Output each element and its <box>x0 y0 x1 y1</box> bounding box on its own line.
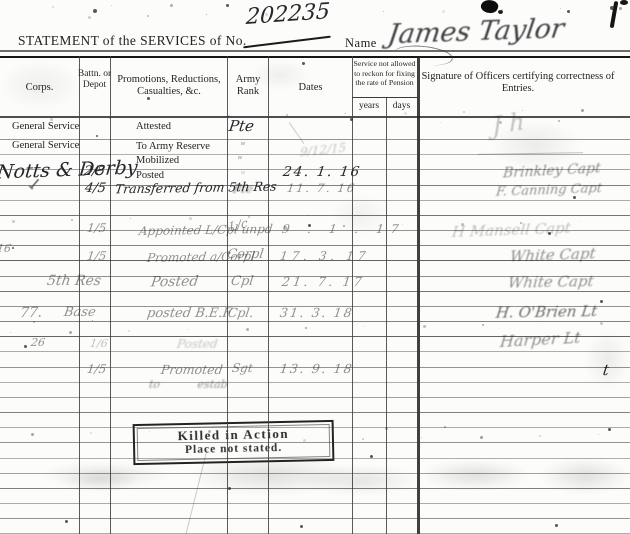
paper-speckle <box>579 221 580 222</box>
cell-10-promotions_cont: to estab <box>148 378 229 391</box>
paper-speckle <box>24 345 27 348</box>
paper-speckle <box>29 17 30 18</box>
paper-speckle <box>187 329 188 330</box>
paper-speckle <box>383 11 384 12</box>
paper-speckle <box>168 116 169 117</box>
paper-speckle <box>617 119 618 120</box>
paper-speckle <box>92 320 93 321</box>
paper-speckle <box>286 114 288 116</box>
cell-3-promotions: Posted <box>136 170 164 181</box>
cell-1-date: 9/12/15 <box>300 141 347 160</box>
row-rule-horizontal <box>0 427 630 428</box>
paper-smudge <box>300 465 420 495</box>
cell-0-rank: Pte <box>228 117 256 135</box>
paper-speckle <box>555 524 558 527</box>
cell-4-battn: 4/5 <box>84 181 107 196</box>
paper-speckle <box>345 113 346 114</box>
corner-pen-blob <box>620 0 628 5</box>
paper-speckle <box>69 331 72 334</box>
paper-speckle <box>307 215 308 216</box>
paper-speckle <box>598 434 599 435</box>
cell-8-date: 31. 3. 18 <box>279 305 355 320</box>
paper-speckle <box>206 14 207 15</box>
paper-speckle <box>166 228 168 230</box>
paper-speckle <box>227 115 230 118</box>
paper-speckle <box>370 455 373 458</box>
row-rule-horizontal <box>0 215 630 216</box>
paper-speckle <box>248 216 250 218</box>
cell-3-date: 24. 1. 16 <box>282 164 362 180</box>
paper-speckle <box>364 326 365 327</box>
paper-smudge <box>585 330 630 390</box>
cell-7-promotions: Posted <box>150 274 199 291</box>
paper-speckle <box>600 300 603 303</box>
paper-speckle <box>228 487 231 490</box>
col-header-promotions: Promotions, Reductions, Casualties, &c. <box>112 74 226 99</box>
paper-speckle <box>10 332 11 333</box>
paper-speckle <box>111 5 112 6</box>
paper-speckle <box>577 333 579 335</box>
paper-speckle <box>362 438 364 440</box>
cell-6-signature: White Capt <box>509 244 596 265</box>
cell-7-rank: Cpl <box>230 274 255 289</box>
paper-speckle <box>558 120 560 122</box>
paper-speckle <box>284 226 287 229</box>
paper-speckle <box>52 6 54 8</box>
paper-speckle <box>50 118 53 121</box>
title-rule-thick <box>0 56 630 59</box>
paper-speckle <box>404 112 407 115</box>
paper-speckle <box>308 224 311 227</box>
paper-speckle <box>619 7 622 10</box>
paper-speckle <box>608 428 611 431</box>
cell-2-promotions: Mobilized <box>136 155 179 166</box>
paper-speckle <box>326 428 327 429</box>
cell-5-battn: 1/5 <box>86 221 107 235</box>
paper-speckle <box>71 219 73 221</box>
paper-speckle <box>402 224 403 225</box>
cell-7-signature: White Capt <box>507 272 595 292</box>
col-header-years: years <box>352 101 386 112</box>
row-rule-horizontal <box>0 397 630 398</box>
ink-blot <box>480 0 500 15</box>
cell-6-battn: 1/5 <box>86 249 107 263</box>
paper-speckle <box>147 15 149 17</box>
cell-1-promotions: To Army Reserve <box>136 141 210 152</box>
service-record-scan: 202235 STATEMENT of the SERVICES of No. … <box>0 0 630 534</box>
cell-10-date: 13. 9. 18 <box>279 361 355 376</box>
paper-speckle <box>12 247 14 249</box>
row-rule-horizontal <box>0 503 630 504</box>
paper-speckle <box>385 427 388 430</box>
paper-speckle <box>147 97 150 100</box>
paper-smudge <box>420 460 530 490</box>
paper-speckle <box>343 225 345 227</box>
paper-smudge <box>60 470 140 492</box>
row-rule-horizontal <box>0 518 630 519</box>
cell-0-corps: General Service <box>12 121 79 132</box>
row-rule-horizontal <box>0 442 630 443</box>
paper-speckle <box>350 118 353 121</box>
col-header-signature: Signature of Officers certifying correct… <box>420 71 616 96</box>
paper-speckle <box>581 109 584 112</box>
corner-pen-mark <box>610 1 618 28</box>
paper-speckle <box>480 436 483 439</box>
paper-speckle <box>539 435 541 437</box>
header-bottom-rule <box>0 116 630 118</box>
column-rule-vertical <box>417 56 420 534</box>
paper-smudge <box>330 195 390 235</box>
col-header-battn: Battn. or Depot <box>76 69 113 91</box>
cell-1-rank: " <box>239 140 246 153</box>
cell-9-battn: 1/6 <box>89 337 109 350</box>
number-dash-stroke <box>243 36 331 49</box>
paper-speckle <box>302 62 305 65</box>
paper-speckle <box>520 222 522 224</box>
cell-7-date: 21. 7. 17 <box>281 274 366 289</box>
cell-9-signature: Harper Lt <box>499 328 581 351</box>
paper-speckle <box>421 437 422 438</box>
paper-speckle <box>226 4 229 7</box>
row-rule-horizontal <box>0 382 630 383</box>
paper-speckle <box>501 9 503 11</box>
paper-speckle <box>444 426 446 428</box>
paper-speckle <box>522 110 523 111</box>
paper-speckle <box>423 325 426 328</box>
cell-4-date: 11. 7. 16 <box>286 181 357 195</box>
title-rule-thin <box>0 50 630 52</box>
paper-speckle <box>499 121 502 124</box>
cell-10-rank: Sgt <box>231 361 254 375</box>
name-label: Name <box>345 36 377 51</box>
cell-8-corps: 77. <box>19 305 43 322</box>
cell-5-signature: H Mansell Capt <box>451 219 572 241</box>
cell-9-promotions: Posted <box>176 337 219 351</box>
cell-10-battn: 1/5 <box>86 362 107 376</box>
cell-3-corps: Notts & Derby <box>0 157 139 184</box>
cell-10-promotions: Promoted <box>160 362 224 377</box>
paper-speckle <box>12 220 15 223</box>
cell-margin-left_number: 16 <box>0 242 12 255</box>
paper-speckle <box>93 9 97 13</box>
paper-speckle <box>300 525 303 528</box>
paper-smudge <box>250 60 310 90</box>
paper-speckle <box>88 16 91 19</box>
paper-speckle <box>189 217 192 220</box>
cell-9-corps: 26 <box>30 336 46 349</box>
paper-speckle <box>610 6 614 10</box>
cell-8-battn: Base <box>63 305 97 320</box>
paper-speckle <box>267 429 269 431</box>
cell-8-rank: Cpl. <box>227 305 255 320</box>
paper-speckle <box>440 122 441 123</box>
paper-speckle <box>600 322 603 325</box>
paper-speckle <box>90 432 92 434</box>
col-header-days: days <box>386 101 417 112</box>
cell-7-battn: 5th Res <box>46 273 102 289</box>
paper-speckle <box>482 324 484 326</box>
paper-speckle <box>324 12 326 14</box>
row-rule-horizontal <box>0 200 630 201</box>
cell-5-promotions: Appointed L/Cpl unpd <box>138 222 273 238</box>
paper-speckle <box>246 328 249 331</box>
paper-speckle <box>130 218 131 219</box>
paper-speckle <box>463 111 465 113</box>
service-number-handwritten: 202235 <box>245 0 331 30</box>
column-rule-vertical <box>352 56 353 534</box>
cell-8-signature: H. O'Brien Lt <box>495 302 599 322</box>
paper-speckle <box>170 4 173 7</box>
cell-8-promotions: posted B.E.F <box>146 306 233 321</box>
paper-speckle <box>541 323 542 324</box>
paper-speckle <box>109 117 111 119</box>
paper-speckle <box>461 223 464 226</box>
cell-4-rank: Pte <box>232 182 254 196</box>
paper-speckle <box>128 330 130 332</box>
paper-speckle <box>225 227 226 228</box>
paper-speckle <box>31 433 34 436</box>
paper-speckle <box>65 520 68 523</box>
cell-6-rank: Corpl <box>226 247 265 262</box>
paper-smudge <box>540 458 630 494</box>
faint-date-scribble <box>289 122 305 144</box>
paper-speckle <box>560 8 561 9</box>
cell-0-promotions: Attested <box>136 121 171 132</box>
paper-speckle <box>96 135 98 137</box>
paper-speckle <box>33 321 35 323</box>
pension-subheader-rule <box>352 97 417 98</box>
paper-speckle <box>265 13 268 16</box>
paper-speckle <box>573 196 576 199</box>
paper-smudge <box>0 60 80 110</box>
cell-6-date: 17. 3. 17 <box>279 249 370 263</box>
paper-speckle <box>305 327 307 329</box>
paper-smudge <box>490 120 580 170</box>
row-rule-horizontal <box>0 412 630 413</box>
paper-speckle <box>567 10 570 13</box>
paper-speckle <box>149 431 150 432</box>
paper-speckle <box>442 10 445 13</box>
cell-1-corps: General Service <box>12 140 79 151</box>
cell-3-battn: 2/5 <box>83 164 106 179</box>
row-rule-horizontal <box>0 351 630 352</box>
cell-2-rank: " <box>236 154 243 167</box>
paper-speckle <box>208 430 211 433</box>
cell-4-signature: F. Canning Capt <box>495 181 602 200</box>
col-header-pension: Service not allowed to reckon for fixing… <box>353 59 416 88</box>
form-title: STATEMENT of the SERVICES of No. <box>18 33 247 49</box>
paper-speckle <box>548 232 551 235</box>
paper-speckle <box>303 439 306 442</box>
